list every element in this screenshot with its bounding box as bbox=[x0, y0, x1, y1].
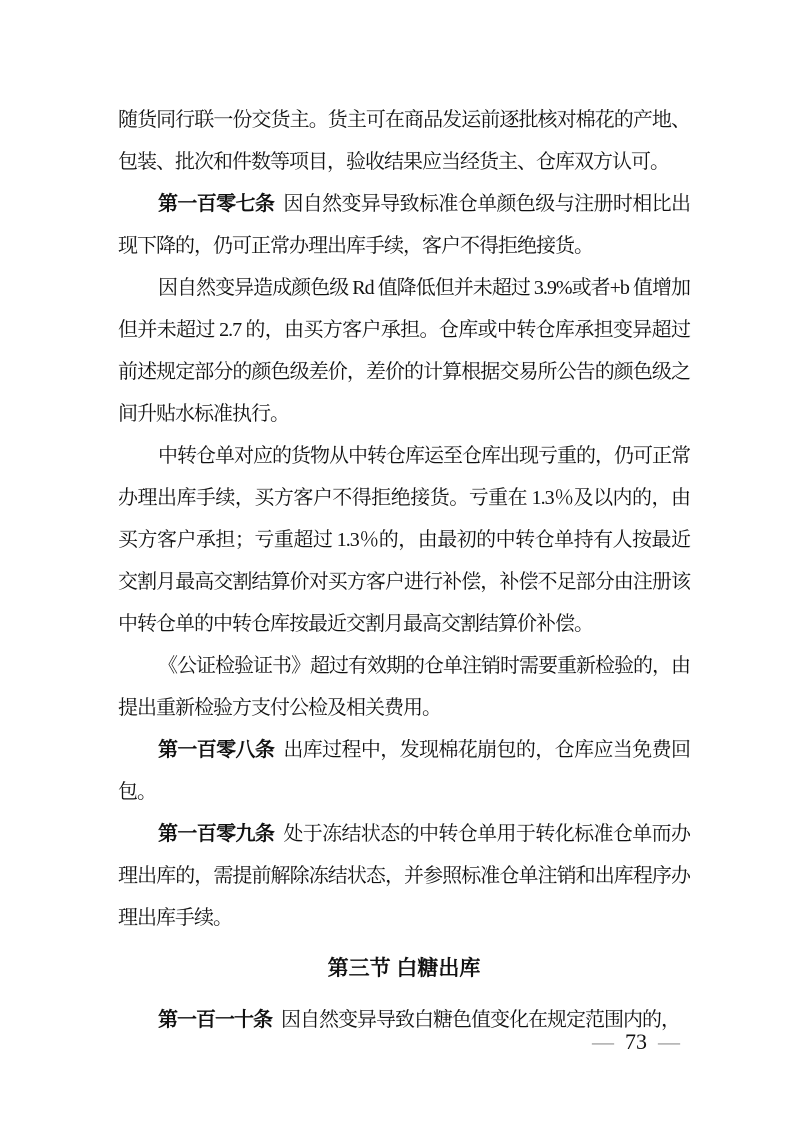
page-number: 73 bbox=[625, 1029, 647, 1054]
document-body: 随货同行联一份交货主。货主可在商品发运前逐批核对棉花的产地、包装、批次和件数等项… bbox=[118, 99, 690, 1041]
section-heading: 第三节 白糖出库 bbox=[118, 948, 690, 990]
paragraph-article-108: 第一百零八条出库过程中，发现棉花崩包的，仓库应当免费回包。 bbox=[118, 729, 690, 813]
paragraph-text: 中转仓单对应的货物从中转仓库运至仓库出现亏重的，仍可正常办理出库手续，买方客户不… bbox=[118, 445, 690, 635]
paragraph-inspection-certificate: 《公证检验证书》超过有效期的仓单注销时需要重新检验的，由提出重新检验方支付公检及… bbox=[118, 645, 690, 729]
paragraph-continuation: 随货同行联一份交货主。货主可在商品发运前逐批核对棉花的产地、包装、批次和件数等项… bbox=[118, 99, 690, 183]
paragraph-text: 因自然变异造成颜色级 Rd 值降低但并未超过 3.9%或者+b 值增加但并未超过… bbox=[118, 277, 690, 425]
paragraph-text: 因自然变异导致白糖色值变化在规定范围内的， bbox=[281, 1009, 680, 1031]
article-number-label: 第一百零九条 bbox=[158, 823, 274, 845]
document-page: 随货同行联一份交货主。货主可在商品发运前逐批核对棉花的产地、包装、批次和件数等项… bbox=[0, 0, 793, 1122]
article-number-label: 第一百一十条 bbox=[158, 1009, 272, 1031]
paragraph-color-grade-variation: 因自然变异造成颜色级 Rd 值降低但并未超过 3.9%或者+b 值增加但并未超过… bbox=[118, 267, 690, 435]
paragraph-text: 随货同行联一份交货主。货主可在商品发运前逐批核对棉花的产地、包装、批次和件数等项… bbox=[118, 109, 690, 173]
footer-dash-right: — bbox=[658, 1029, 680, 1054]
paragraph-article-107: 第一百零七条因自然变异导致标准仓单颜色级与注册时相比出现下降的，仍可正常办理出库… bbox=[118, 183, 690, 267]
paragraph-article-109: 第一百零九条处于冻结状态的中转仓单用于转化标准仓单而办理出库的，需提前解除冻结状… bbox=[118, 813, 690, 939]
article-number-label: 第一百零八条 bbox=[158, 739, 274, 761]
page-footer: —73— bbox=[592, 1029, 680, 1055]
footer-dash-left: — bbox=[592, 1029, 614, 1054]
paragraph-weight-loss: 中转仓单对应的货物从中转仓库运至仓库出现亏重的，仍可正常办理出库手续，买方客户不… bbox=[118, 435, 690, 645]
paragraph-text: 《公证检验证书》超过有效期的仓单注销时需要重新检验的，由提出重新检验方支付公检及… bbox=[118, 655, 690, 719]
article-number-label: 第一百零七条 bbox=[158, 193, 274, 215]
